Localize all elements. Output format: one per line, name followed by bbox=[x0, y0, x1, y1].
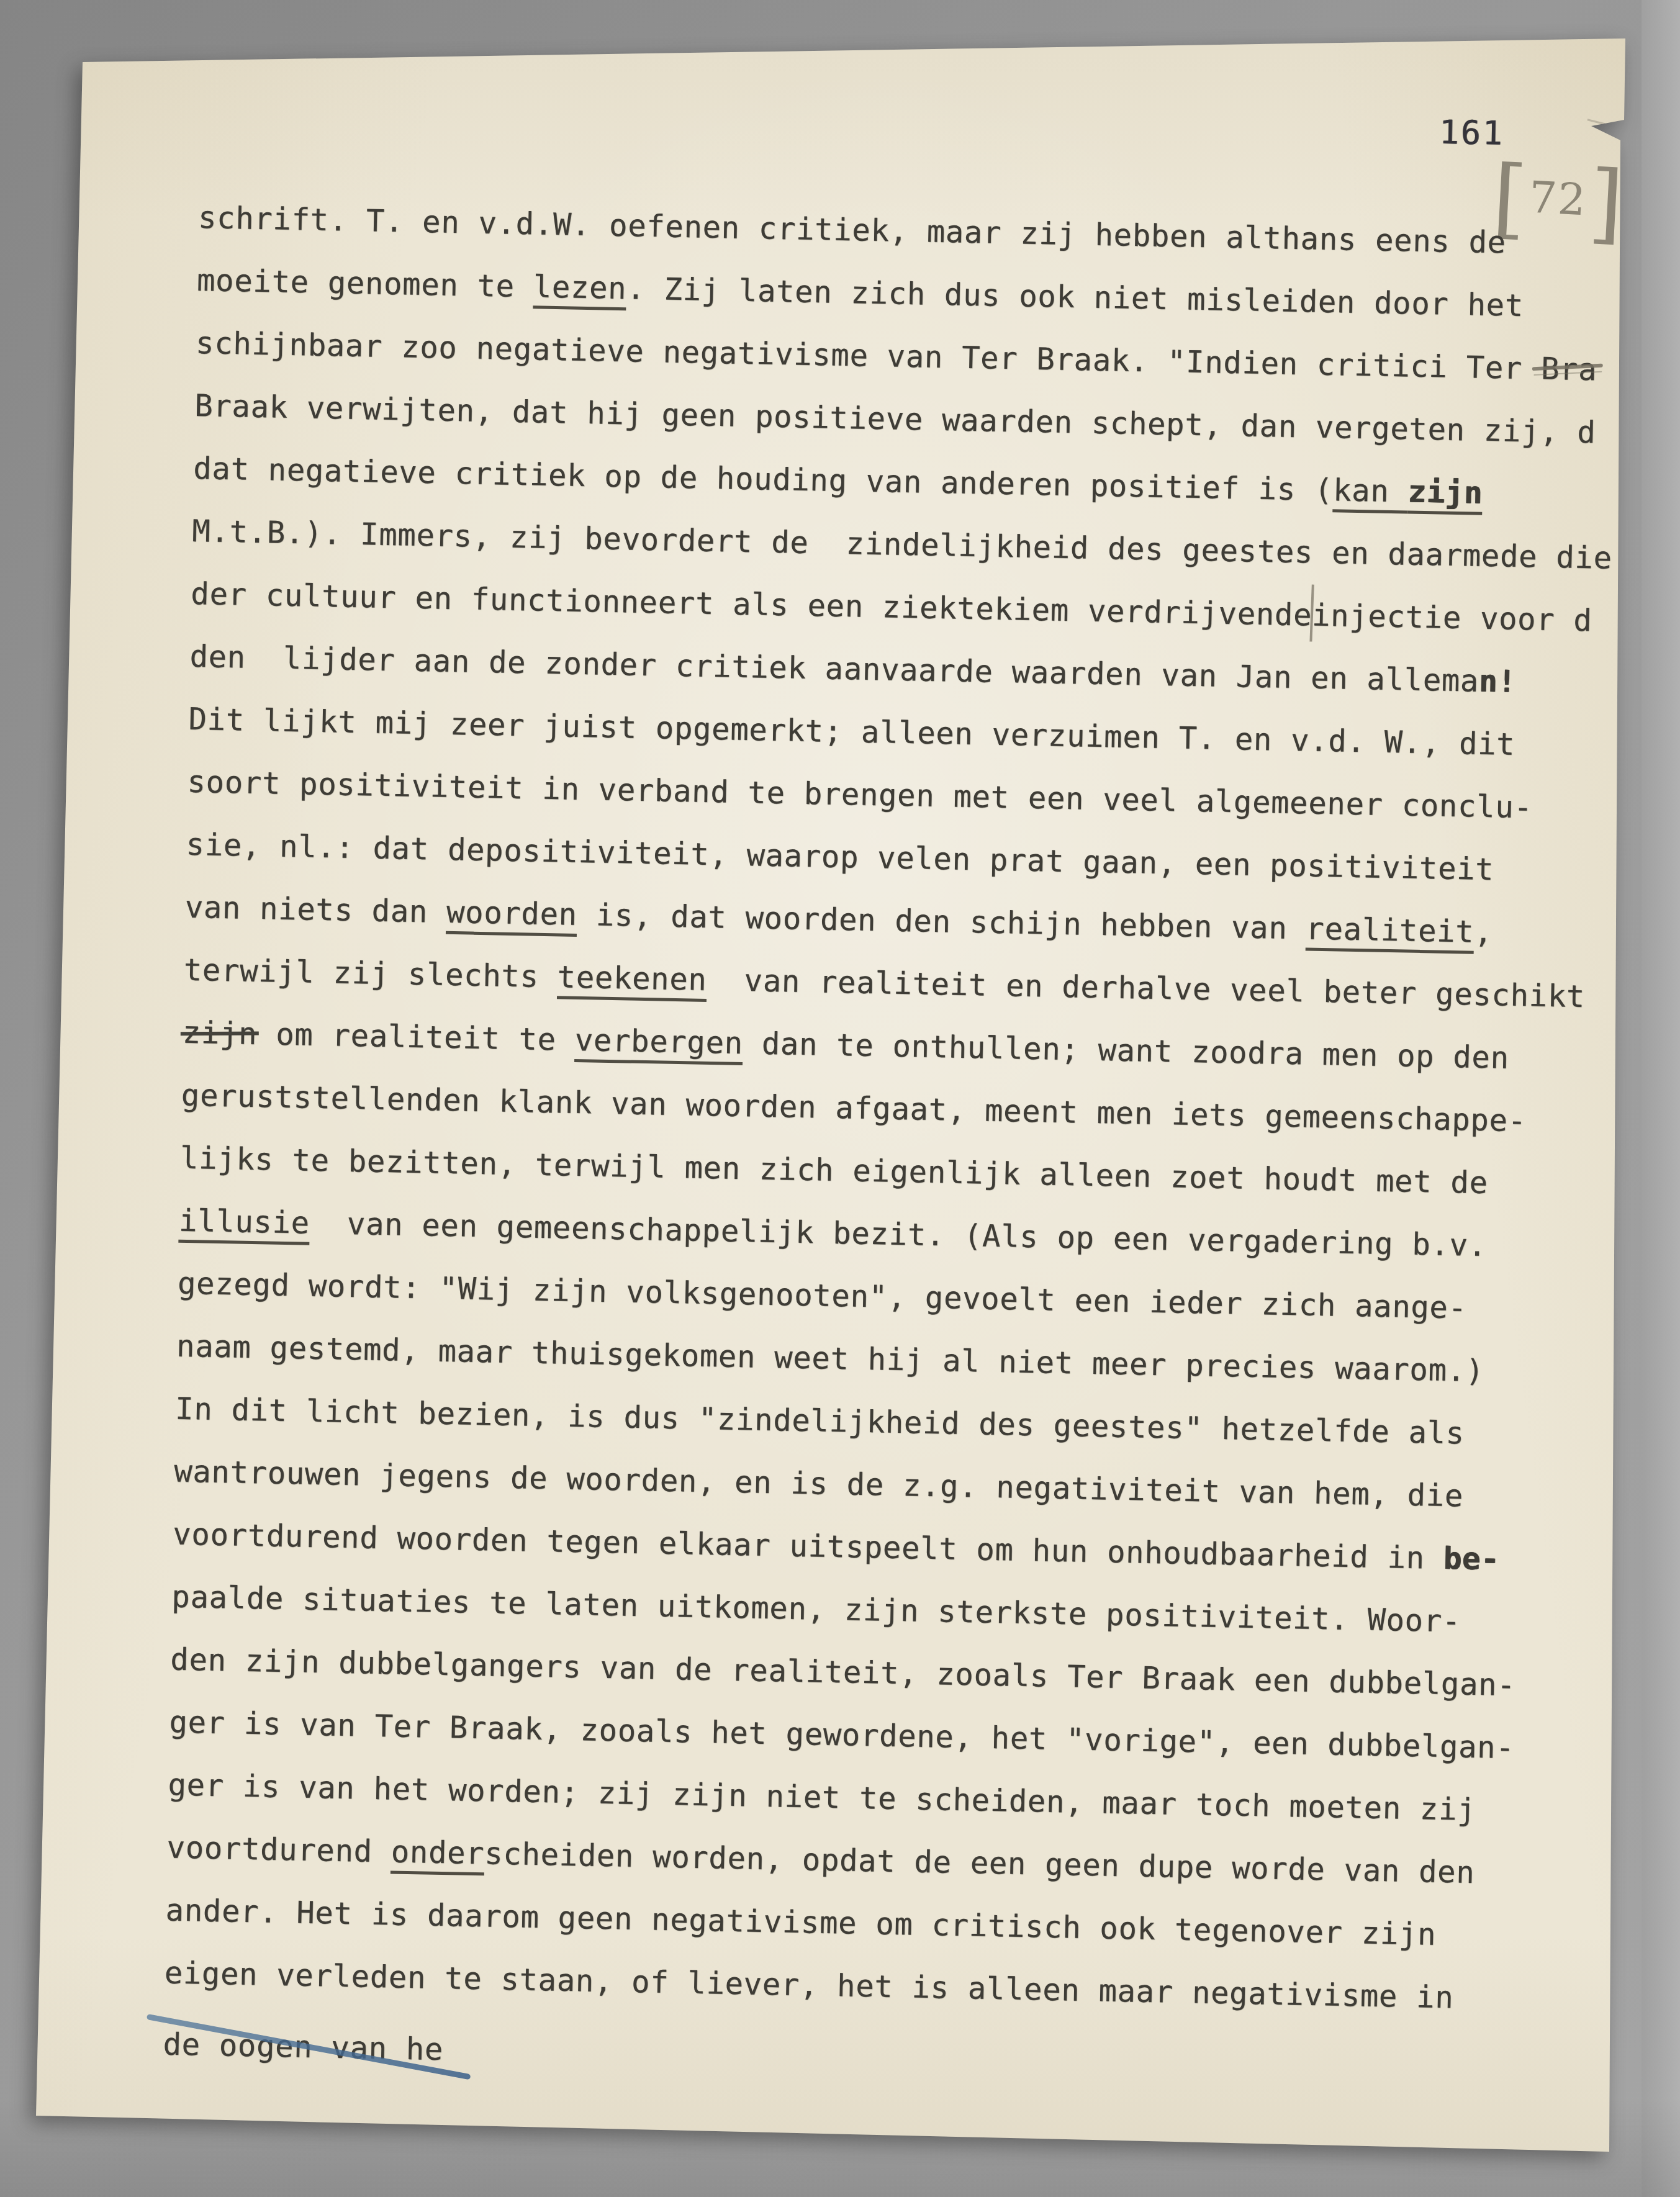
paper-tear bbox=[1587, 119, 1621, 129]
text-run: moeite genomen te bbox=[197, 263, 534, 304]
text-run: Dit lijkt mij zeer juist opgemerkt; alle… bbox=[188, 702, 1515, 762]
underlined-word: woorden bbox=[446, 895, 577, 937]
text-run: den zijn dubbelgangers van de realiteit,… bbox=[170, 1642, 1516, 1703]
text-run: voortdurend bbox=[166, 1830, 391, 1870]
text-run: voortdurend woorden tegen elkaar uitspee… bbox=[173, 1517, 1444, 1576]
underlined-word: illusie bbox=[178, 1203, 310, 1245]
underlined-word: teekenen bbox=[557, 959, 707, 1002]
text-run: schijnbaar zoo negatieve negativisme van… bbox=[196, 325, 1542, 387]
text-run: schrift. T. en v.d.W. oefenen critiek, m… bbox=[197, 200, 1506, 260]
underlined-word: kan bbox=[1332, 472, 1408, 513]
text-run: , bbox=[1474, 914, 1493, 950]
pencil-struck-word: Bra bbox=[1540, 351, 1597, 388]
text-run: scheiden worden, opdat de een geen dupe … bbox=[484, 1836, 1475, 1890]
text-run: naam gestemd, maar thuisgekomen weet hij… bbox=[176, 1329, 1485, 1389]
text-run: ander. Het is daarom geen negativisme om… bbox=[165, 1892, 1437, 1952]
text-run: eigen verleden te staan, of liever, het … bbox=[164, 1955, 1454, 2015]
text-run: . Zij laten zich dus ook niet misleiden … bbox=[626, 271, 1524, 323]
text-run: injectie voor d bbox=[1312, 598, 1593, 639]
text-run: soort positiviteit in verband te brengen… bbox=[187, 764, 1533, 826]
text-run: lijks te bezitten, terwijl men zich eige… bbox=[179, 1140, 1488, 1201]
underlined-word: lezen bbox=[533, 269, 627, 310]
overtyped-text: be- bbox=[1443, 1541, 1499, 1577]
text-run: terwijl zij slechts bbox=[183, 952, 558, 995]
text-run: gezegd wordt: "Wij zijn volksgenooten", … bbox=[178, 1266, 1468, 1326]
text-run: den lijder aan de zonder critiek aanvaar… bbox=[189, 639, 1479, 699]
text-run: geruststellenden klank van woorden afgaa… bbox=[181, 1078, 1527, 1139]
typescript-page: 161 [ 72 ] schrift. T. en v.d.W. oefenen… bbox=[0, 0, 1680, 2197]
underlined-word: verbergen bbox=[574, 1022, 743, 1065]
text-run: wantrouwen jegens de woorden, en is de z… bbox=[174, 1454, 1464, 1514]
text-run: dan te onthullen; want zoodra men op den bbox=[743, 1026, 1509, 1076]
text-run: van realiteit en derhalve veel beter ges… bbox=[707, 962, 1586, 1014]
text-run: sie, nl.: dat depositiviteit, waarop vel… bbox=[186, 827, 1494, 887]
overtyped-text: n! bbox=[1478, 664, 1516, 700]
underlined-word: realiteit bbox=[1306, 911, 1475, 954]
text-run: om realiteit te bbox=[257, 1016, 576, 1058]
photo-background: 161 [ 72 ] schrift. T. en v.d.W. oefenen… bbox=[0, 0, 1680, 2197]
text-run: In dit licht bezien, is dus "zindelijkhe… bbox=[175, 1391, 1465, 1451]
text-run: der cultuur en functionneert als een zie… bbox=[191, 576, 1312, 633]
text-run: ger is van Ter Braak, zooals het geworde… bbox=[169, 1705, 1515, 1766]
text-run: paalde situaties te laten uitkomen, zijn… bbox=[171, 1579, 1461, 1640]
underlined-word: zijn bbox=[1407, 474, 1483, 515]
text-run: dat negatieve critiek op de houding van … bbox=[193, 451, 1334, 508]
text-run: is, dat woorden den schijn hebben van bbox=[577, 897, 1306, 947]
text-run: van niets dan bbox=[184, 890, 446, 930]
blue-struck-text: de oogen van he bbox=[163, 2013, 444, 2081]
text-run: van een gemeenschappelijk bezit. (Als op… bbox=[309, 1206, 1487, 1263]
underlined-word: onder bbox=[391, 1834, 485, 1875]
text-run: ger is van het worden; zij zijn niet te … bbox=[168, 1767, 1476, 1828]
struck-word: zijn bbox=[182, 1015, 257, 1052]
typescript-text-block: schrift. T. en v.d.W. oefenen critiek, m… bbox=[163, 186, 1619, 2103]
